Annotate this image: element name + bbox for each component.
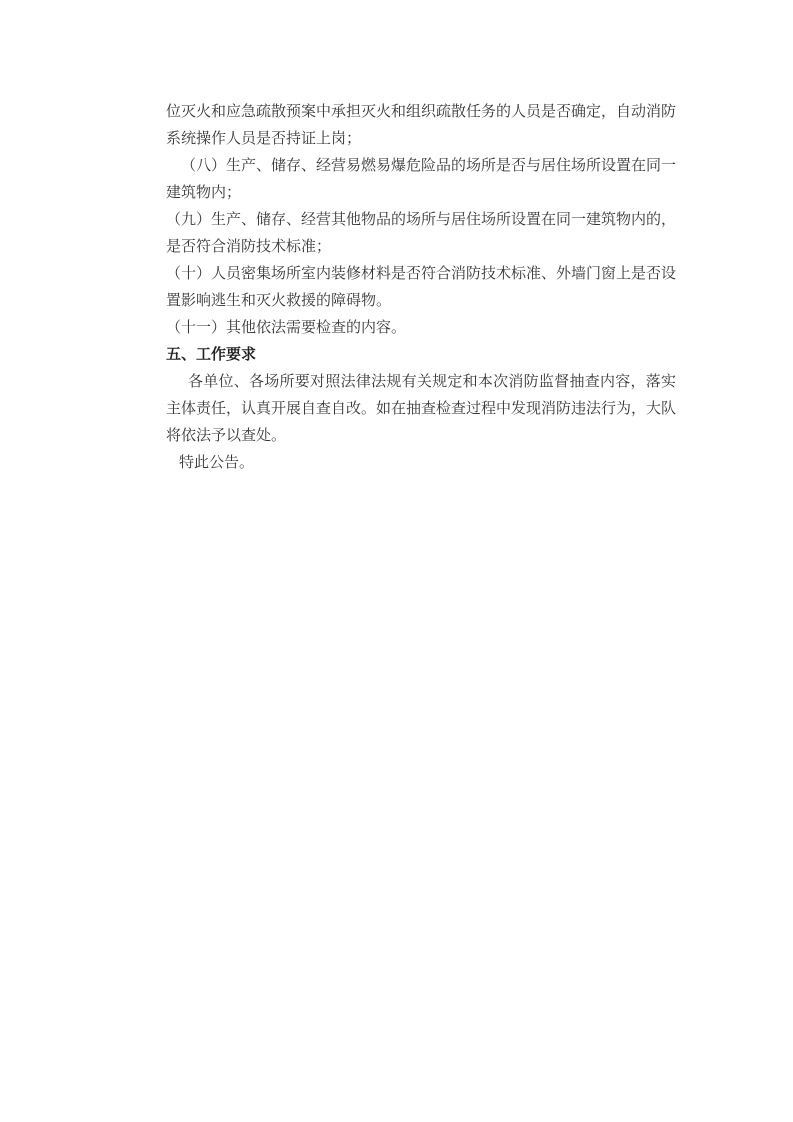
paragraph: 各单位、各场所要对照法律法规有关规定和本次消防监督抽查内容，落实主体责任，认真开…: [166, 368, 676, 449]
document-content: 位灭火和应急疏散预案中承担灭火和组织疏散任务的人员是否确定，自动消防系统操作人员…: [166, 98, 676, 476]
paragraph: （十一）其他依法需要检查的内容。: [166, 314, 676, 341]
section-heading: 五、工作要求: [166, 341, 676, 368]
paragraph: 位灭火和应急疏散预案中承担灭火和组织疏散任务的人员是否确定，自动消防系统操作人员…: [166, 98, 676, 152]
paragraph: 特此公告。: [166, 449, 676, 476]
paragraph: （九）生产、储存、经营其他物品的场所与居住场所设置在同一建筑物内的，是否符合消防…: [166, 206, 676, 260]
paragraph: （十）人员密集场所室内装修材料是否符合消防技术标准、外墙门窗上是否设置影响逃生和…: [166, 260, 676, 314]
document-page: 位灭火和应急疏散预案中承担灭火和组织疏散任务的人员是否确定，自动消防系统操作人员…: [0, 0, 793, 1122]
paragraph: （八）生产、储存、经营易燃易爆危险品的场所是否与居住场所设置在同一建筑物内；: [166, 152, 676, 206]
